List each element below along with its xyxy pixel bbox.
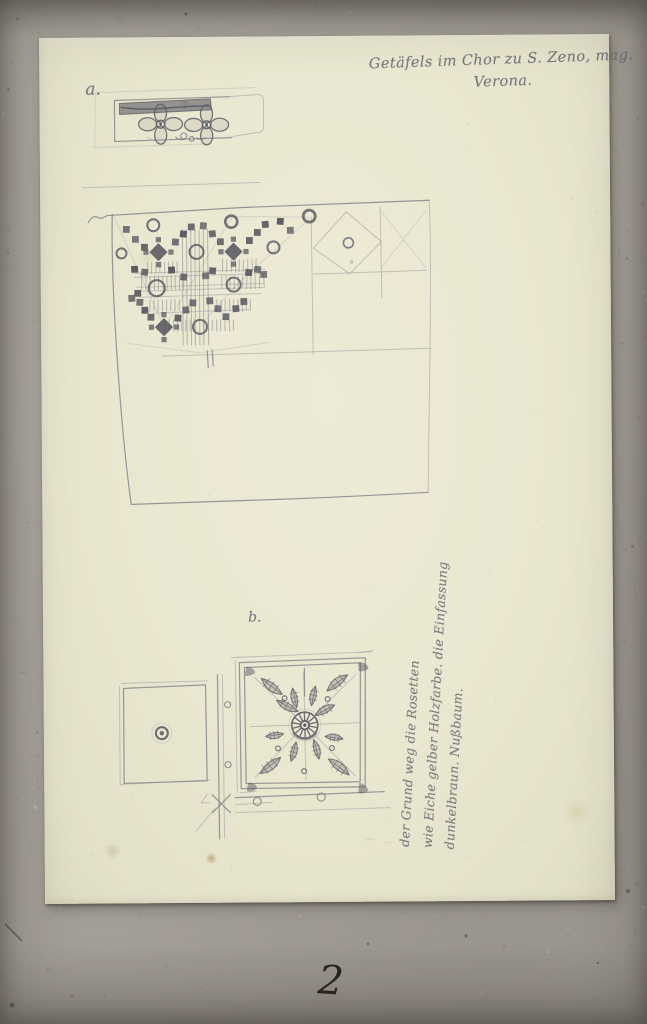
page-number: 2: [316, 957, 345, 1005]
frieze-drawing: [92, 87, 263, 147]
pavement-drawing: [83, 181, 432, 504]
pencil-drawing: [39, 34, 615, 904]
scan-photo: { "scan": { "page_number": "2", "labels"…: [0, 0, 647, 1024]
coffer-drawing: [119, 651, 390, 845]
sketch-sheet: Getäfels im Chor zu S. Zeno, mag. Verona…: [39, 34, 615, 904]
